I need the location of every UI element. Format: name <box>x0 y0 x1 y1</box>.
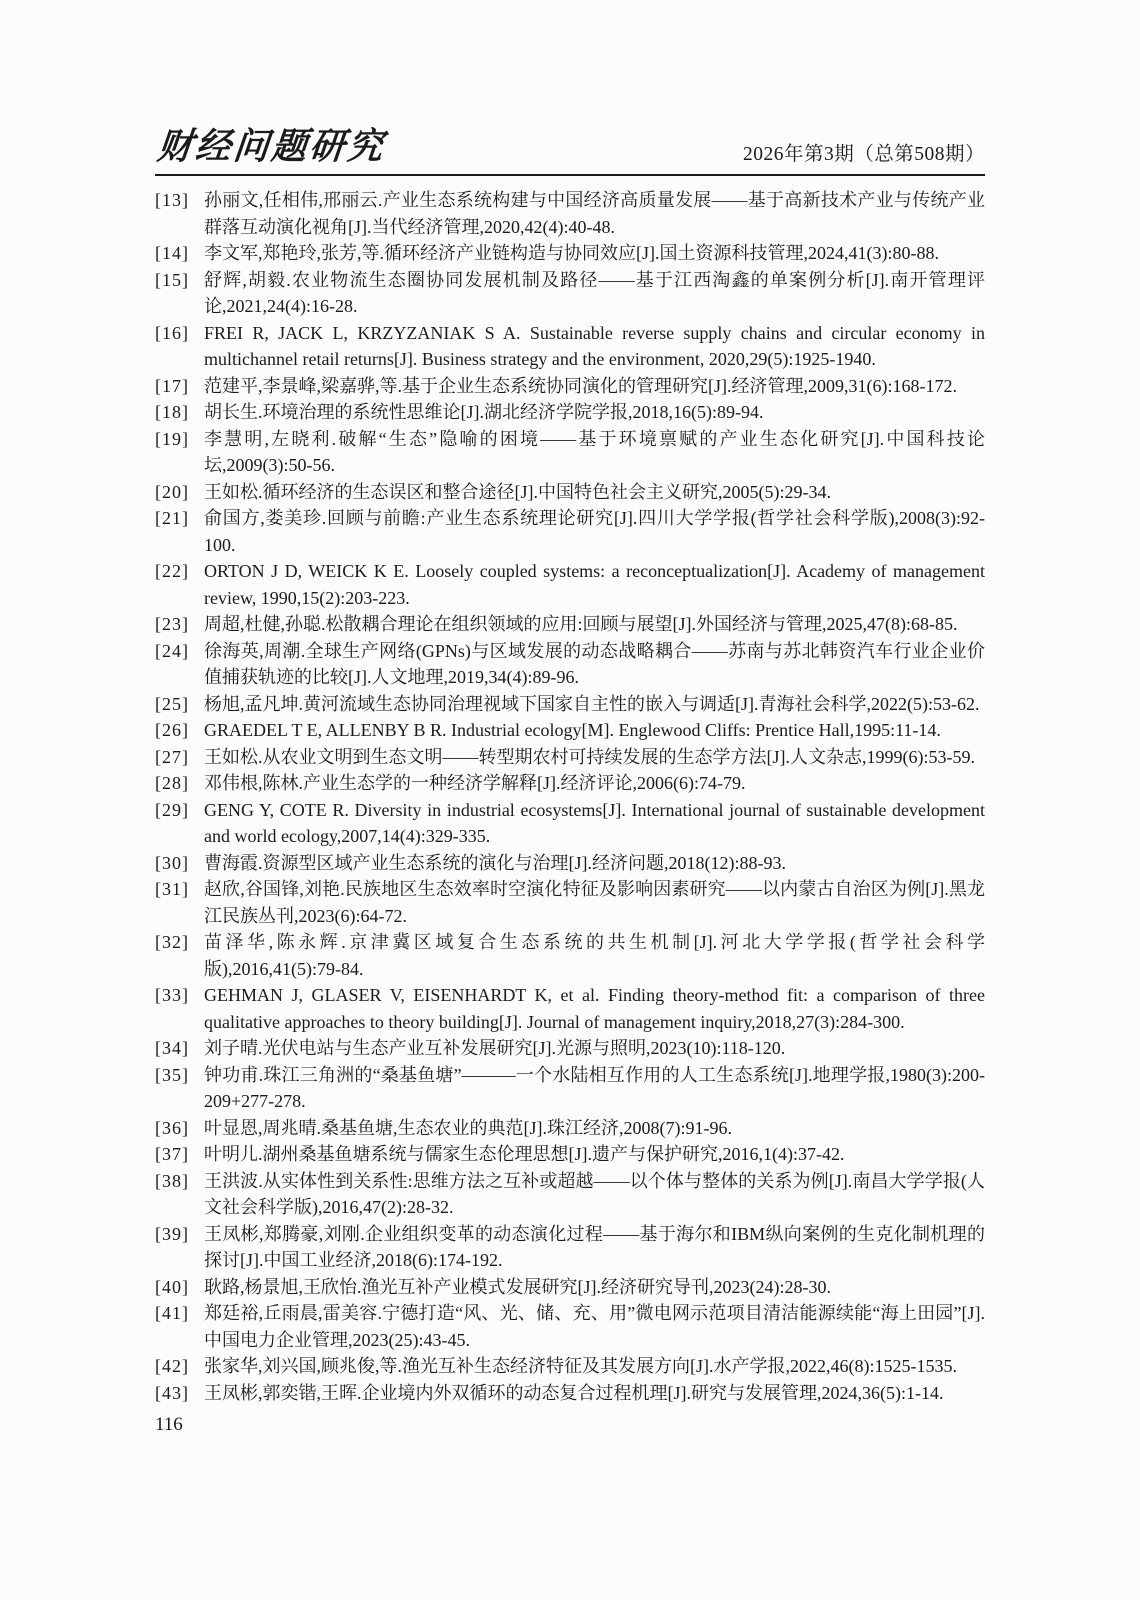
reference-item: [33]GEHMAN J, GLASER V, EISENHARDT K, et… <box>155 982 985 1035</box>
reference-number: [41] <box>155 1300 189 1327</box>
reference-item: [24]徐海英,周潮.全球生产网络(GPNs)与区域发展的动态战略耦合——苏南与… <box>155 638 985 691</box>
reference-number: [19] <box>155 426 189 453</box>
reference-item: [23]周超,杜健,孙聪.松散耦合理论在组织领域的应用:回顾与展望[J].外国经… <box>155 611 985 638</box>
reference-number: [28] <box>155 770 189 797</box>
reference-item: [29]GENG Y, COTE R. Diversity in industr… <box>155 797 985 850</box>
reference-number: [37] <box>155 1141 189 1168</box>
reference-text: 郑廷裕,丘雨晨,雷美容.宁德打造“风、光、储、充、用”微电网示范项目清洁能源续能… <box>204 1303 985 1350</box>
reference-item: [13]孙丽文,任相伟,邢丽云.产业生态系统构建与中国经济高质量发展——基于高新… <box>155 187 985 240</box>
journal-logo: 财经问题研究 <box>155 118 389 172</box>
reference-text: GENG Y, COTE R. Diversity in industrial … <box>204 800 985 847</box>
reference-text: 王凤彬,郭奕锴,王晖.企业境内外双循环的动态复合过程机理[J].研究与发展管理,… <box>204 1383 943 1403</box>
reference-text: 钟功甫.珠江三角洲的“桑基鱼塘”———一个水陆相互作用的人工生态系统[J].地理… <box>204 1065 985 1112</box>
reference-number: [20] <box>155 479 189 506</box>
reference-text: 杨旭,孟凡坤.黄河流域生态协同治理视域下国家自主性的嵌入与调适[J].青海社会科… <box>204 694 979 714</box>
reference-text: 李慧明,左晓利.破解“生态”隐喻的困境——基于环境禀赋的产业生态化研究[J].中… <box>204 429 985 476</box>
reference-text: 苗泽华,陈永辉.京津冀区域复合生态系统的共生机制[J].河北大学学报(哲学社会科… <box>204 932 985 979</box>
reference-number: [42] <box>155 1353 189 1380</box>
reference-text: 徐海英,周潮.全球生产网络(GPNs)与区域发展的动态战略耦合——苏南与苏北韩资… <box>204 641 985 688</box>
reference-item: [35]钟功甫.珠江三角洲的“桑基鱼塘”———一个水陆相互作用的人工生态系统[J… <box>155 1062 985 1115</box>
reference-text: 王洪波.从实体性到关系性:思维方法之互补或超越——以个体与整体的关系为例[J].… <box>204 1171 985 1218</box>
reference-number: [15] <box>155 267 189 294</box>
reference-number: [32] <box>155 929 189 956</box>
reference-item: [16]FREI R, JACK L, KRZYZANIAK S A. Sust… <box>155 320 985 373</box>
reference-item: [41]郑廷裕,丘雨晨,雷美容.宁德打造“风、光、储、充、用”微电网示范项目清洁… <box>155 1300 985 1353</box>
reference-item: [19]李慧明,左晓利.破解“生态”隐喻的困境——基于环境禀赋的产业生态化研究[… <box>155 426 985 479</box>
reference-text: 李文军,郑艳玲,张芳,等.循环经济产业链构造与协同效应[J].国土资源科技管理,… <box>204 243 939 263</box>
reference-number: [29] <box>155 797 189 824</box>
reference-item: [31]赵欣,谷国锋,刘艳.民族地区生态效率时空演化特征及影响因素研究——以内蒙… <box>155 876 985 929</box>
reference-text: 邓伟根,陈林.产业生态学的一种经济学解释[J].经济评论,2006(6):74-… <box>204 773 745 793</box>
reference-number: [34] <box>155 1035 189 1062</box>
reference-text: 舒辉,胡毅.农业物流生态圈协同发展机制及路径——基于江西淘鑫的单案例分析[J].… <box>204 270 985 317</box>
reference-text: GRAEDEL T E, ALLENBY B R. Industrial eco… <box>204 720 941 740</box>
reference-text: 孙丽文,任相伟,邢丽云.产业生态系统构建与中国经济高质量发展——基于高新技术产业… <box>204 190 985 237</box>
reference-item: [28]邓伟根,陈林.产业生态学的一种经济学解释[J].经济评论,2006(6)… <box>155 770 985 797</box>
reference-text: 王凤彬,郑腾豪,刘刚.企业组织变革的动态演化过程——基于海尔和IBM纵向案例的生… <box>204 1224 985 1271</box>
reference-number: [18] <box>155 399 189 426</box>
reference-text: 胡长生.环境治理的系统性思维论[J].湖北经济学院学报,2018,16(5):8… <box>204 402 763 422</box>
reference-number: [27] <box>155 744 189 771</box>
reference-item: [34]刘子晴.光伏电站与生态产业互补发展研究[J].光源与照明,2023(10… <box>155 1035 985 1062</box>
reference-number: [38] <box>155 1168 189 1195</box>
reference-item: [43]王凤彬,郭奕锴,王晖.企业境内外双循环的动态复合过程机理[J].研究与发… <box>155 1380 985 1407</box>
reference-number: [30] <box>155 850 189 877</box>
reference-item: [42]张家华,刘兴国,顾兆俊,等.渔光互补生态经济特征及其发展方向[J].水产… <box>155 1353 985 1380</box>
reference-number: [43] <box>155 1380 189 1407</box>
reference-text: 赵欣,谷国锋,刘艳.民族地区生态效率时空演化特征及影响因素研究——以内蒙古自治区… <box>204 879 985 926</box>
reference-list: [13]孙丽文,任相伟,邢丽云.产业生态系统构建与中国经济高质量发展——基于高新… <box>155 187 985 1406</box>
journal-page: 财经问题研究 2026年第3期（总第508期） [13]孙丽文,任相伟,邢丽云.… <box>0 0 1140 1600</box>
reference-item: [18]胡长生.环境治理的系统性思维论[J].湖北经济学院学报,2018,16(… <box>155 399 985 426</box>
reference-number: [16] <box>155 320 189 347</box>
reference-number: [13] <box>155 187 189 214</box>
reference-item: [17]范建平,李景峰,梁嘉骅,等.基于企业生态系统协同演化的管理研究[J].经… <box>155 373 985 400</box>
reference-text: 叶显恩,周兆晴.桑基鱼塘,生态农业的典范[J].珠江经济,2008(7):91-… <box>204 1118 732 1138</box>
reference-number: [35] <box>155 1062 189 1089</box>
reference-item: [40]耿路,杨景旭,王欣怡.渔光互补产业模式发展研究[J].经济研究导刊,20… <box>155 1274 985 1301</box>
reference-item: [15]舒辉,胡毅.农业物流生态圈协同发展机制及路径——基于江西淘鑫的单案例分析… <box>155 267 985 320</box>
reference-text: 周超,杜健,孙聪.松散耦合理论在组织领域的应用:回顾与展望[J].外国经济与管理… <box>204 614 957 634</box>
reference-item: [25]杨旭,孟凡坤.黄河流域生态协同治理视域下国家自主性的嵌入与调适[J].青… <box>155 691 985 718</box>
reference-number: [17] <box>155 373 189 400</box>
page-header: 财经问题研究 2026年第3期（总第508期） <box>155 0 985 176</box>
reference-number: [25] <box>155 691 189 718</box>
reference-item: [22]ORTON J D, WEICK K E. Loosely couple… <box>155 558 985 611</box>
reference-item: [39]王凤彬,郑腾豪,刘刚.企业组织变革的动态演化过程——基于海尔和IBM纵向… <box>155 1221 985 1274</box>
reference-text: 耿路,杨景旭,王欣怡.渔光互补产业模式发展研究[J].经济研究导刊,2023(2… <box>204 1277 831 1297</box>
reference-number: [39] <box>155 1221 189 1248</box>
reference-item: [30]曹海霞.资源型区域产业生态系统的演化与治理[J].经济问题,2018(1… <box>155 850 985 877</box>
reference-text: 叶明儿.湖州桑基鱼塘系统与儒家生态伦理思想[J].遗产与保护研究,2016,1(… <box>204 1144 844 1164</box>
reference-number: [14] <box>155 240 189 267</box>
page-content: 财经问题研究 2026年第3期（总第508期） [13]孙丽文,任相伟,邢丽云.… <box>155 0 985 1406</box>
issue-info: 2026年第3期（总第508期） <box>743 138 985 172</box>
reference-text: ORTON J D, WEICK K E. Loosely coupled sy… <box>204 561 985 608</box>
reference-item: [20]王如松.循环经济的生态误区和整合途径[J].中国特色社会主义研究,200… <box>155 479 985 506</box>
reference-number: [26] <box>155 717 189 744</box>
reference-item: [27]王如松.从农业文明到生态文明——转型期农村可持续发展的生态学方法[J].… <box>155 744 985 771</box>
reference-number: [21] <box>155 505 189 532</box>
reference-item: [32]苗泽华,陈永辉.京津冀区域复合生态系统的共生机制[J].河北大学学报(哲… <box>155 929 985 982</box>
reference-number: [40] <box>155 1274 189 1301</box>
reference-text: 王如松.从农业文明到生态文明——转型期农村可持续发展的生态学方法[J].人文杂志… <box>204 747 975 767</box>
reference-text: 王如松.循环经济的生态误区和整合途径[J].中国特色社会主义研究,2005(5)… <box>204 482 831 502</box>
reference-text: 范建平,李景峰,梁嘉骅,等.基于企业生态系统协同演化的管理研究[J].经济管理,… <box>204 376 957 396</box>
reference-item: [37]叶明儿.湖州桑基鱼塘系统与儒家生态伦理思想[J].遗产与保护研究,201… <box>155 1141 985 1168</box>
reference-number: [36] <box>155 1115 189 1142</box>
reference-text: FREI R, JACK L, KRZYZANIAK S A. Sustaina… <box>204 323 985 370</box>
reference-text: 刘子晴.光伏电站与生态产业互补发展研究[J].光源与照明,2023(10):11… <box>204 1038 785 1058</box>
reference-text: 俞国方,娄美珍.回顾与前瞻:产业生态系统理论研究[J].四川大学学报(哲学社会科… <box>204 508 985 555</box>
reference-number: [24] <box>155 638 189 665</box>
reference-item: [26]GRAEDEL T E, ALLENBY B R. Industrial… <box>155 717 985 744</box>
reference-number: [33] <box>155 982 189 1009</box>
reference-item: [14]李文军,郑艳玲,张芳,等.循环经济产业链构造与协同效应[J].国土资源科… <box>155 240 985 267</box>
reference-item: [21]俞国方,娄美珍.回顾与前瞻:产业生态系统理论研究[J].四川大学学报(哲… <box>155 505 985 558</box>
reference-item: [38]王洪波.从实体性到关系性:思维方法之互补或超越——以个体与整体的关系为例… <box>155 1168 985 1221</box>
reference-number: [22] <box>155 558 189 585</box>
reference-text: 曹海霞.资源型区域产业生态系统的演化与治理[J].经济问题,2018(12):8… <box>204 853 786 873</box>
page-number: 116 <box>155 1414 183 1436</box>
reference-text: 张家华,刘兴国,顾兆俊,等.渔光互补生态经济特征及其发展方向[J].水产学报,2… <box>204 1356 957 1376</box>
reference-text: GEHMAN J, GLASER V, EISENHARDT K, et al.… <box>204 985 985 1032</box>
reference-number: [31] <box>155 876 189 903</box>
reference-number: [23] <box>155 611 189 638</box>
reference-item: [36]叶显恩,周兆晴.桑基鱼塘,生态农业的典范[J].珠江经济,2008(7)… <box>155 1115 985 1142</box>
